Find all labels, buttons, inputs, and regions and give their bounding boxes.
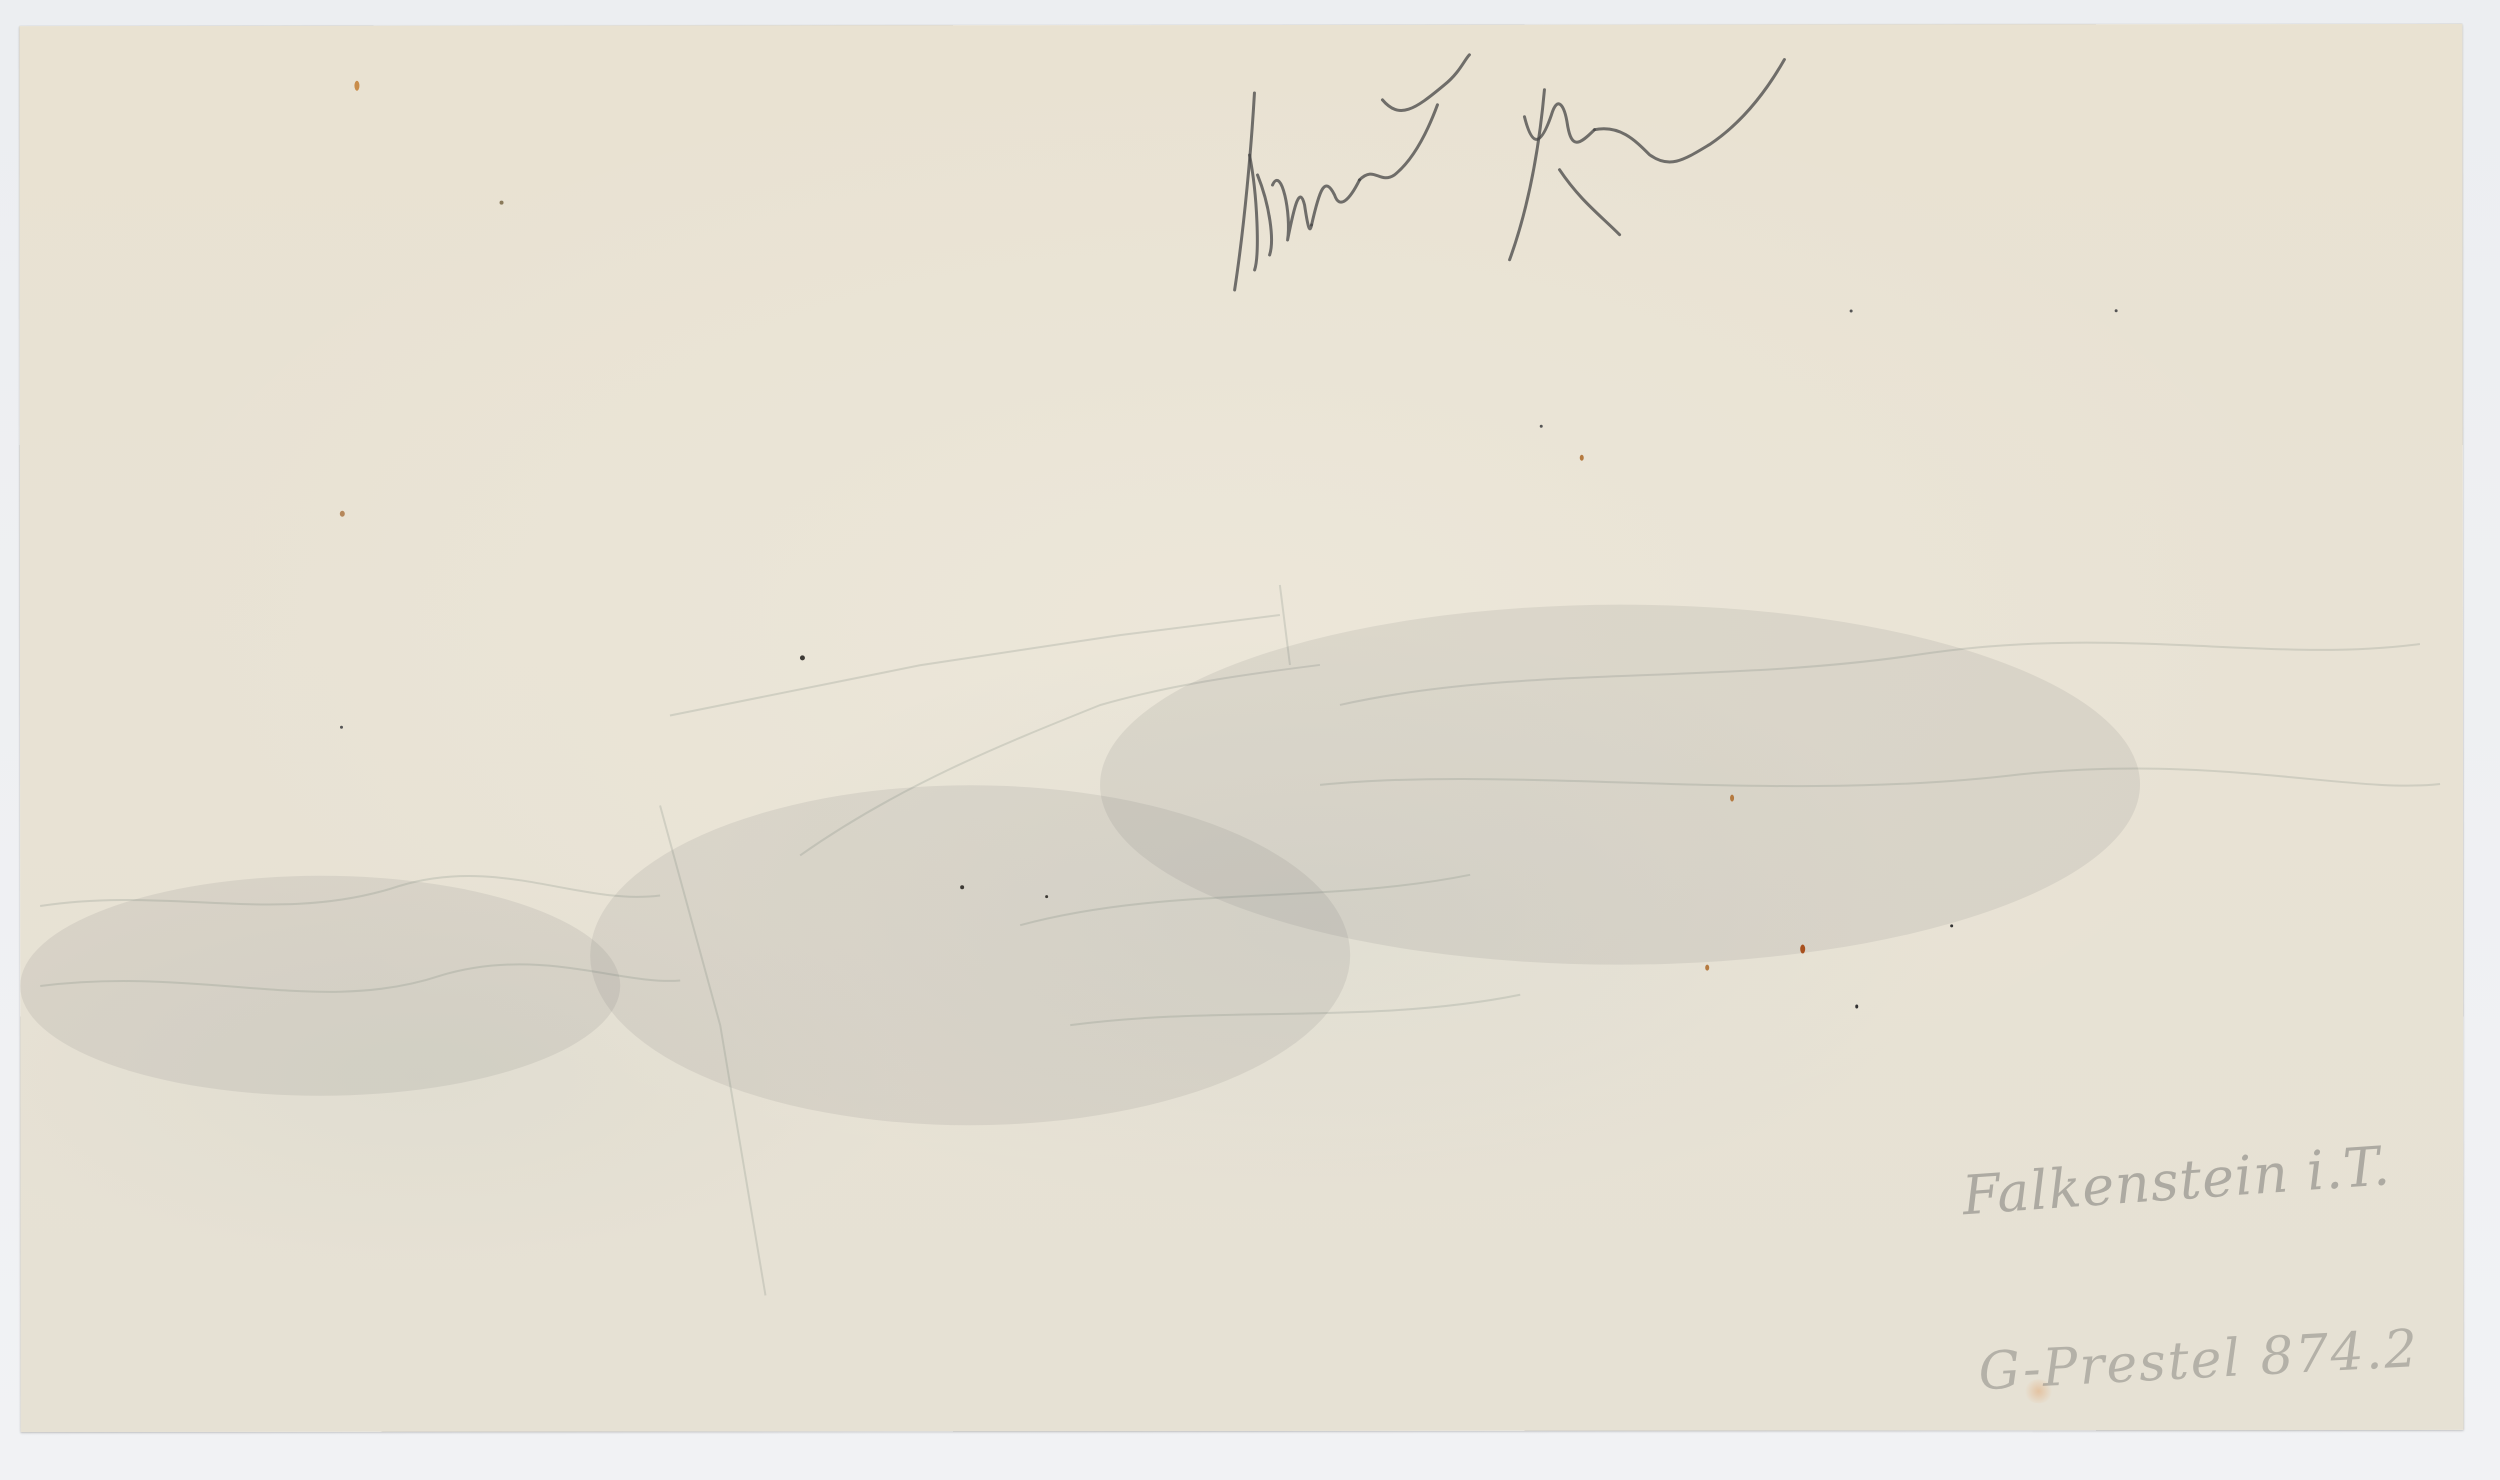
paper-sheet: Ammon fec Falkenstein i.T. G-Prestel 874… — [19, 24, 2463, 1432]
